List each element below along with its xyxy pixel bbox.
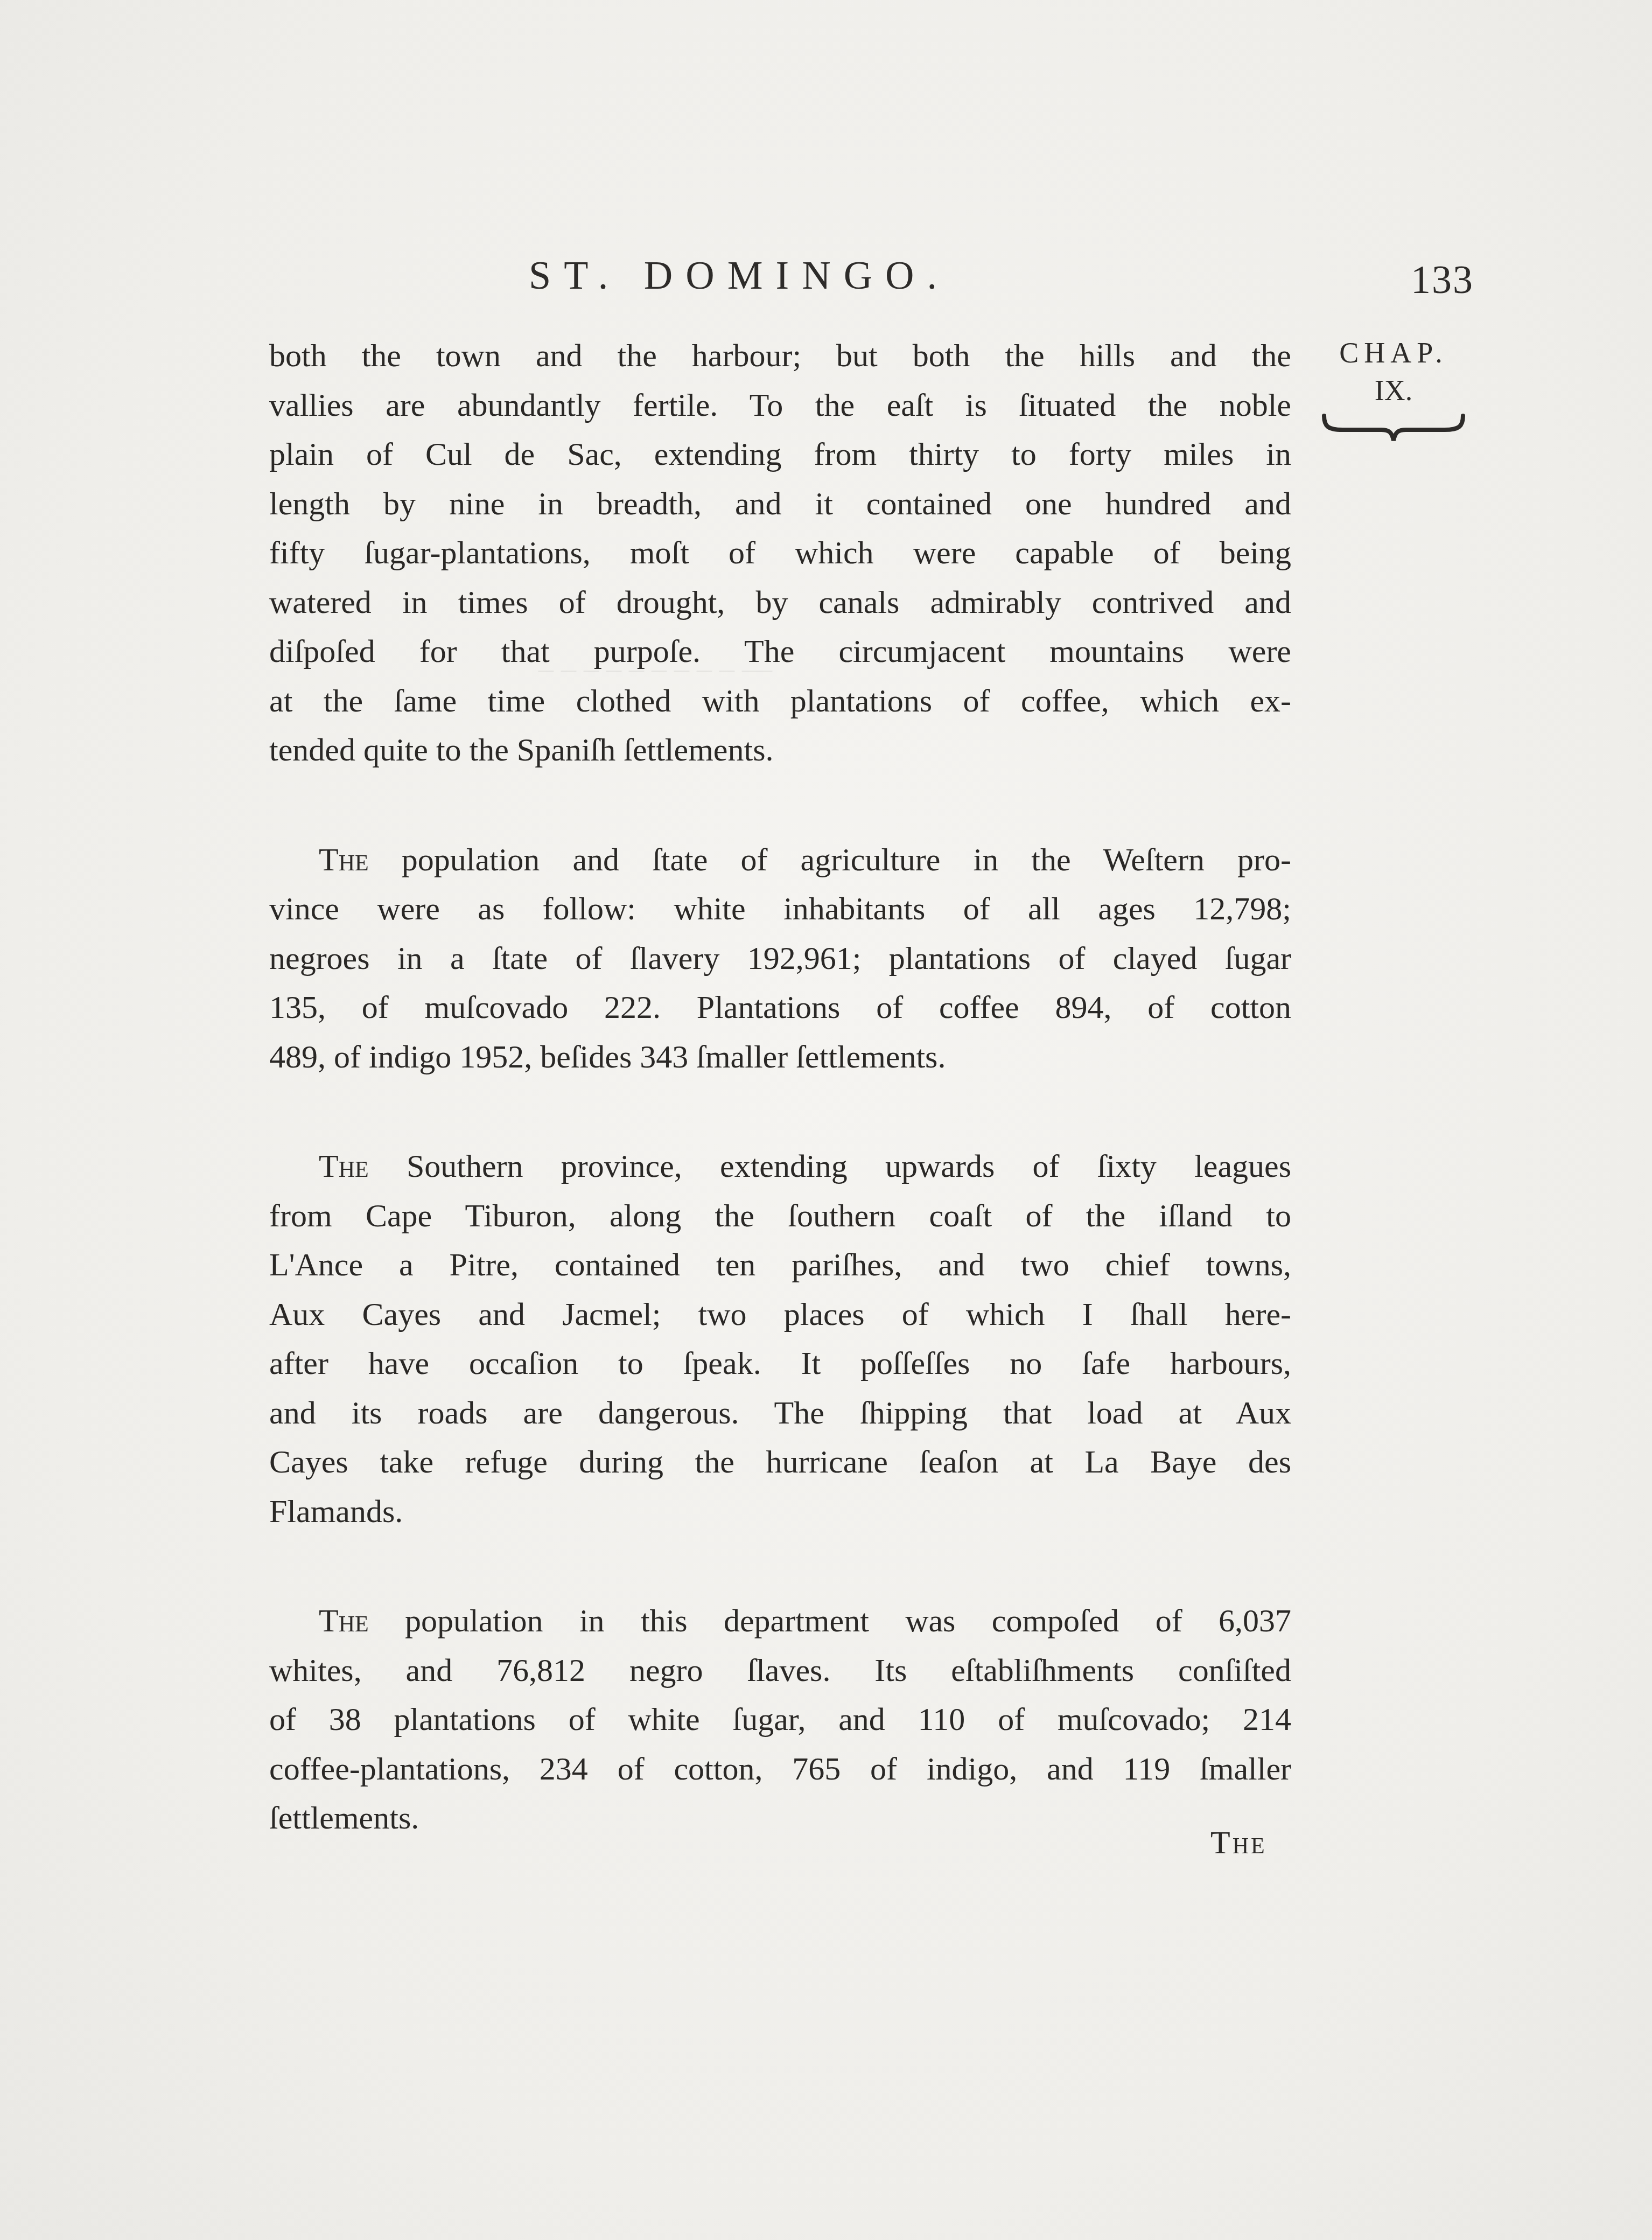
chapter-margin-note: CHAP. IX. xyxy=(1318,334,1469,445)
running-head: ST. DOMINGO. 133 xyxy=(269,249,1292,303)
text-line: tended quite to the Spaniſh ſettlements. xyxy=(269,725,1291,775)
text-line: Cayes take refuge during the hurricane ſ… xyxy=(269,1437,1291,1487)
paragraph-lead-word: The xyxy=(319,1603,369,1638)
text-line: at the ſame time clothed with plantation… xyxy=(269,676,1291,726)
paragraph-1: both the town and the harbour; but both … xyxy=(269,331,1291,775)
catchword: The xyxy=(1210,1818,1267,1867)
paragraph-4-southern-population: The population in this department was co… xyxy=(269,1596,1291,1843)
text-line: both the town and the harbour; but both … xyxy=(269,331,1291,381)
text-line: whites, and 76,812 negro ſlaves. Its eſt… xyxy=(269,1646,1291,1695)
text-line: and its roads are dangerous. The ſhippin… xyxy=(269,1388,1291,1438)
book-page: — – – – – – – – – – ST. DOMINGO. 133 CHA… xyxy=(0,0,1652,2240)
body-text: both the town and the harbour; but both … xyxy=(269,331,1291,1843)
text-line: Flamands. xyxy=(269,1487,1291,1537)
text-line: length by nine in breadth, and it contai… xyxy=(269,479,1291,529)
paragraph-lead-word: The xyxy=(319,842,369,877)
chapter-number: IX. xyxy=(1318,372,1469,409)
text-line: fifty ſugar-plantations, moſt of which w… xyxy=(269,528,1291,578)
text-line: coffee-plantations, 234 of cotton, 765 o… xyxy=(269,1744,1291,1794)
paragraph-lead-word: The xyxy=(319,1148,369,1184)
text-line: of 38 plantations of white ſugar, and 11… xyxy=(269,1695,1291,1744)
text-line: L'Ance a Pitre, contained ten pariſhes, … xyxy=(269,1240,1291,1290)
text-line: Aux Cayes and Jacmel; two places of whic… xyxy=(269,1290,1291,1339)
text-line: watered in times of drought, by canals a… xyxy=(269,578,1291,627)
text-line: vallies are abundantly fertile. To the e… xyxy=(269,381,1291,430)
text-line: negroes in a ſtate of ſlavery 192,961; p… xyxy=(269,934,1291,983)
text-line: The population in this department was co… xyxy=(269,1596,1291,1646)
paragraph-3-southern-province: The Southern province, extending upwards… xyxy=(269,1142,1291,1536)
running-title: ST. DOMINGO. xyxy=(529,249,950,303)
text-line: diſpoſed for that purpoſe. The circumjac… xyxy=(269,627,1291,676)
text-line: 489, of indigo 1952, beſides 343 ſmaller… xyxy=(269,1032,1291,1082)
curly-brace-icon xyxy=(1321,413,1466,445)
text-line: after have occaſion to ſpeak. It poſſeſſ… xyxy=(269,1339,1291,1388)
text-line: The population and ſtate of agriculture … xyxy=(269,835,1291,885)
text-line: The Southern province, extending upwards… xyxy=(269,1142,1291,1191)
text-line: plain of Cul de Sac, extending from thir… xyxy=(269,430,1291,479)
text-line: from Cape Tiburon, along the ſouthern co… xyxy=(269,1191,1291,1241)
paragraph-2-western-province: The population and ſtate of agriculture … xyxy=(269,835,1291,1082)
chapter-label: CHAP. xyxy=(1318,334,1469,372)
text-line: vince were as follow: white inhabitants … xyxy=(269,884,1291,934)
text-line: 135, of muſcovado 222. Plantations of co… xyxy=(269,983,1291,1032)
page-number: 133 xyxy=(1411,253,1474,307)
text-line: ſettlements. xyxy=(269,1794,1291,1843)
